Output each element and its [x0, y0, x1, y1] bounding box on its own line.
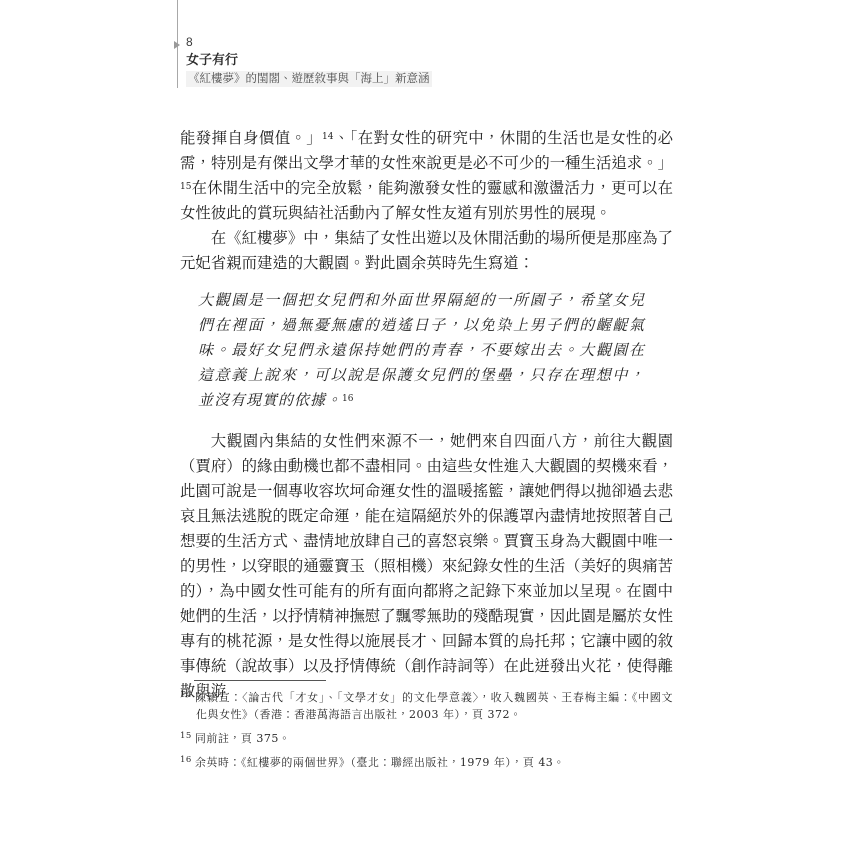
- footnote-ref: 14: [322, 132, 333, 142]
- page-number: 8: [186, 35, 432, 49]
- footnote: 14陳穎宣：〈論古代「才女」、「文學才女」的文化學意義〉，收入魏國英、王春梅主編…: [180, 689, 673, 723]
- page-header: 8 女子有行 《紅樓夢》的閨閣、遊歷敘事與「海上」新意涵: [186, 35, 432, 87]
- page-number-marker-icon: [174, 41, 180, 49]
- footnote: 16余英時：《紅樓夢的兩個世界》（臺北：聯經出版社，1979 年），頁 43。: [180, 754, 673, 771]
- paragraph: 大觀園內集結的女性們來源不一，她們來自四面八方，前往大觀園（賈府）的緣由動機也都…: [180, 429, 673, 704]
- chapter-subtitle: 《紅樓夢》的閨閣、遊歷敘事與「海上」新意涵: [186, 71, 432, 87]
- footnotes-section: 14陳穎宣：〈論古代「才女」、「文學才女」的文化學意義〉，收入魏國英、王春梅主編…: [180, 680, 673, 778]
- footnote-number: 14: [180, 690, 192, 700]
- body-text: 能發揮自身價值。」14、「在對女性的研究中，休閒的生活也是女性的必需，特別是有傑…: [180, 126, 673, 704]
- footnote-text: 陳穎宣：〈論古代「才女」、「文學才女」的文化學意義〉，收入魏國英、王春梅主編：《…: [195, 691, 673, 721]
- footnote-text: 余英時：《紅樓夢的兩個世界》（臺北：聯經出版社，1979 年），頁 43。: [195, 756, 565, 769]
- footnote-ref: 16: [342, 394, 353, 404]
- footnote-ref: 15: [180, 182, 191, 192]
- footnote-number: 15: [180, 731, 192, 741]
- footnote-separator: [194, 680, 326, 681]
- blockquote: 大觀園是一個把女兒們和外面世界隔絕的一所園子，希望女兒們在裡面，過無憂無慮的逍遙…: [198, 288, 645, 413]
- footnote-text: 同前註，頁 375。: [195, 732, 291, 745]
- paragraph: 在《紅樓夢》中，集結了女性出遊以及休閒活動的場所便是那座為了元妃省親而建造的大觀…: [180, 226, 673, 276]
- paragraph: 能發揮自身價值。」14、「在對女性的研究中，休閒的生活也是女性的必需，特別是有傑…: [180, 126, 673, 226]
- footnote: 15同前註，頁 375。: [180, 730, 673, 747]
- book-page: 8 女子有行 《紅樓夢》的閨閣、遊歷敘事與「海上」新意涵 能發揮自身價值。」14…: [0, 0, 850, 850]
- footnote-list: 14陳穎宣：〈論古代「才女」、「文學才女」的文化學意義〉，收入魏國英、王春梅主編…: [180, 689, 673, 771]
- footnote-number: 16: [180, 755, 192, 765]
- book-title: 女子有行: [186, 52, 432, 68]
